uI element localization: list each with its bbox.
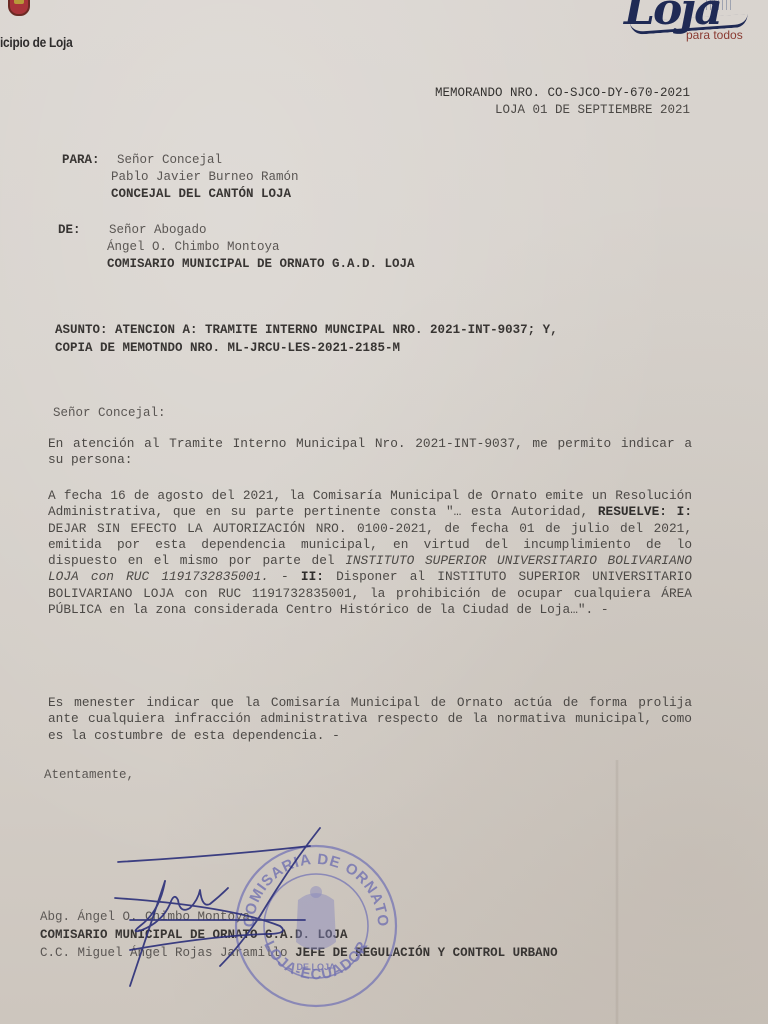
logo-tagline: para todos <box>686 28 743 42</box>
sender-salutation: Señor Abogado <box>109 223 207 237</box>
resolution-intro: A fecha 16 de agosto del 2021, la Comisa… <box>48 488 692 519</box>
recipient-name: Pablo Javier Burneo Ramón <box>111 170 299 184</box>
resolution-separator: - <box>269 569 301 584</box>
recipient-salutation: Señor Concejal <box>117 153 222 167</box>
stamp-top-text: COMISARIA DE ORNATO <box>241 851 391 928</box>
cc-role: JEFE DE REGULACIÓN Y CONTROL URBANO <box>295 946 558 960</box>
municipality-name: icipio de Loja <box>0 34 72 50</box>
official-stamp-icon: COMISARIA DE ORNATO LOJA-ECUADOR DE LOJA <box>232 842 400 1010</box>
recipient-title: CONCEJAL DEL CANTÓN LOJA <box>111 187 291 201</box>
memo-number: MEMORANDO NRO. CO-SJCO-DY-670-2021 <box>435 86 690 100</box>
municipal-crest-icon <box>8 0 30 16</box>
cc-recipient: C.C. Miguel Ángel Rojas Jaramillo <box>40 946 288 960</box>
closing: Atentamente, <box>44 768 134 782</box>
carbon-copy-line: C.C. Miguel Ángel Rojas Jaramillo JEFE D… <box>40 946 558 960</box>
svg-text:COMISARIA DE ORNATO: COMISARIA DE ORNATO <box>241 851 391 928</box>
paragraph-closing-remark: Es menester indicar que la Comisaría Mun… <box>48 695 692 744</box>
sender-label: DE: <box>58 223 81 237</box>
memo-date: LOJA 01 DE SEPTIEMBRE 2021 <box>495 103 690 117</box>
signatory-name: Abg. Ángel O. Chimbo Montoya <box>40 910 250 924</box>
paragraph-intro: En atención al Tramite Interno Municipal… <box>48 436 692 469</box>
ii-label: II: <box>301 569 324 584</box>
loja-para-todos-logo: Loja para todos <box>620 0 750 52</box>
stamp-center-text: DE LOJA <box>296 962 336 972</box>
stamp-bottom-text: LOJA-ECUADOR <box>260 938 372 983</box>
recipient-label: PARA: <box>62 153 100 167</box>
subject-line-1: ASUNTO: ATENCION A: TRAMITE INTERNO MUNC… <box>55 323 558 337</box>
sender-name: Ángel O. Chimbo Montoya <box>107 240 280 254</box>
paper-fold-line <box>615 760 619 1024</box>
sender-title: COMISARIO MUNICIPAL DE ORNATO G.A.D. LOJ… <box>107 257 415 271</box>
salutation: Señor Concejal: <box>53 406 166 420</box>
paragraph-resolution: A fecha 16 de agosto del 2021, la Comisa… <box>48 488 692 618</box>
resuelve-label: RESUELVE: I: <box>598 504 692 519</box>
signatory-title: COMISARIO MUNICIPAL DE ORNATO G.A.D. LOJ… <box>40 928 348 942</box>
subject-line-2: COPIA DE MEMOTNDO NRO. ML-JRCU-LES-2021-… <box>55 341 400 355</box>
svg-text:LOJA-ECUADOR: LOJA-ECUADOR <box>260 938 372 983</box>
